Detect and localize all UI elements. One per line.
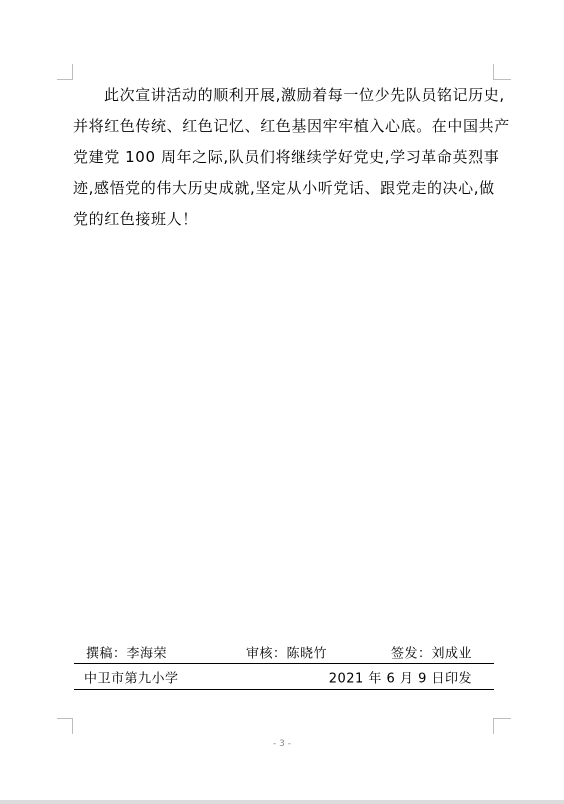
body-line: 并将红色传统、红色记忆、红色基因牢牢植入心底。在中国共产 — [73, 111, 494, 142]
reviewer-label: 审核：陈晓竹 — [246, 642, 327, 661]
body-line: 此次宣讲活动的顺利开展,激励着每一位少先队员铭记历史, — [73, 80, 494, 111]
drafter-label: 撰稿：李海荣 — [86, 642, 167, 661]
viewer-background-band — [0, 800, 564, 804]
page-number: - 3 - — [0, 739, 564, 749]
body-line: 党建党 100 周年之际,队员们将继续学好党史,学习革命英烈事 — [73, 142, 494, 173]
crop-mark-top-right — [493, 64, 511, 80]
body-line: 迹,感悟党的伟大历史成就,坚定从小听党话、跟党走的决心,做 — [73, 173, 494, 204]
footer-issuance-row: 中卫市第九小学 2021 年 6 月 9 日印发 — [74, 664, 494, 690]
crop-mark-top-left — [57, 64, 73, 80]
footer-signature-row: 撰稿：李海荣 审核：陈晓竹 签发：刘成业 — [74, 640, 494, 664]
document-footer: 撰稿：李海荣 审核：陈晓竹 签发：刘成业 中卫市第九小学 2021 年 6 月 … — [74, 640, 494, 690]
body-paragraph: 此次宣讲活动的顺利开展,激励着每一位少先队员铭记历史, 并将红色传统、红色记忆、… — [73, 80, 494, 235]
document-page: 此次宣讲活动的顺利开展,激励着每一位少先队员铭记历史, 并将红色传统、红色记忆、… — [0, 0, 564, 800]
body-line: 党的红色接班人！ — [73, 204, 494, 235]
issuer-label: 签发：刘成业 — [391, 642, 472, 661]
organization-name: 中卫市第九小学 — [84, 667, 179, 686]
crop-mark-bottom-left — [57, 718, 73, 734]
crop-mark-bottom-right — [493, 718, 511, 734]
issue-date: 2021 年 6 月 9 日印发 — [329, 667, 472, 686]
